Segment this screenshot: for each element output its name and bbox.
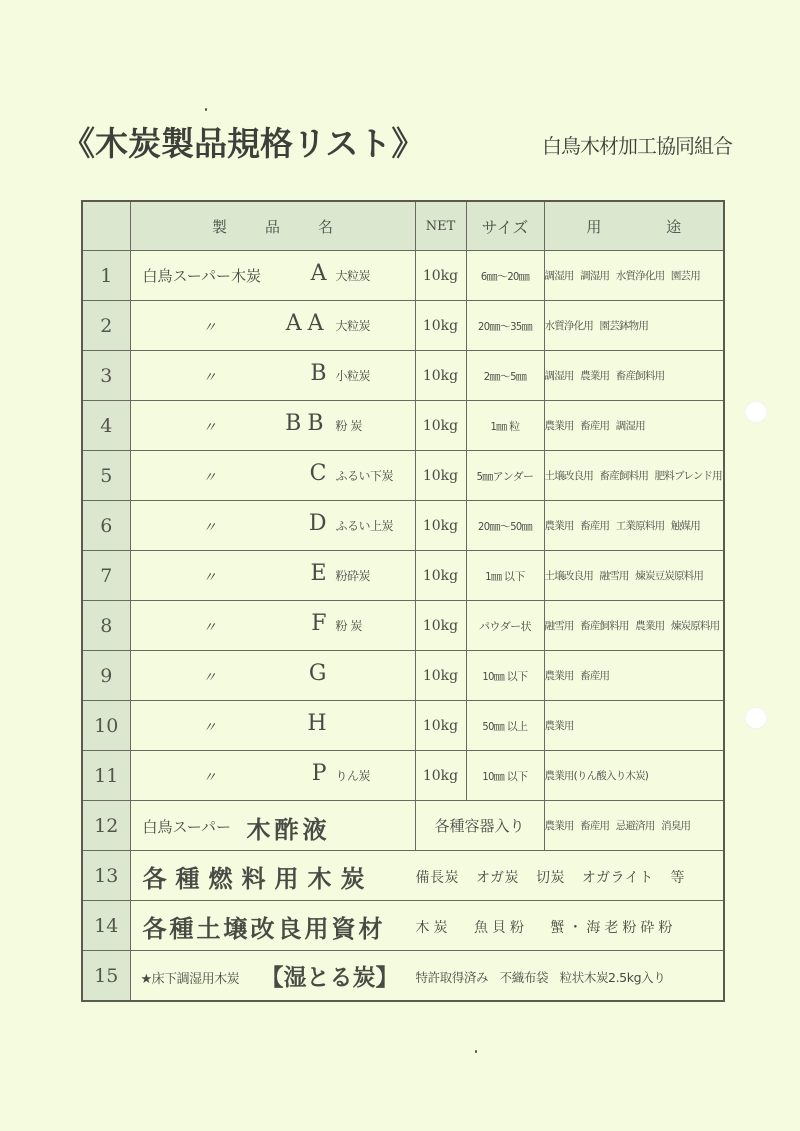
row-number: 8 [82,601,130,651]
table-row: 13 各種燃料用木炭 備長炭 オガ炭 切炭 オガライト 等 [82,851,724,901]
diagonal-corner-cell [82,201,130,251]
type-label: ふるい下炭 [336,467,394,484]
usage-value: 農業用 畜産用 [544,651,724,701]
product-spec-table: 製品名 NET サイズ 用 途 1 白鳥スーパー木炭 A 大粒炭 10kg 6㎜… [81,200,725,1002]
product-name-cell: 〃 E 粉砕炭 [130,551,415,601]
ditto-mark: 〃 [203,767,217,787]
type-label: ふるい上炭 [336,517,394,534]
product-description: 備長炭 オガ炭 切炭 オガライト 等 [416,867,686,887]
row-number: 14 [82,901,130,951]
row-number: 15 [82,951,130,1002]
usage-value: 調湿用 農業用 畜産飼料用 [544,351,724,401]
usage-value: 農業用 畜産用 忌避済用 消臭用 [544,801,724,851]
row-number: 11 [82,751,130,801]
ditto-mark: 〃 [203,467,217,487]
grade-label: B [310,361,329,386]
product-name-cell: 〃 BB 粉 炭 [130,401,415,451]
type-label: 粉 炭 [336,617,362,634]
row-number: 12 [82,801,130,851]
table-row: 6 〃 D ふるい上炭 10kg 20㎜〜50㎜ 農業用 畜産用 工業原料用 触… [82,501,724,551]
product-name-cell: 〃 F 粉 炭 [130,601,415,651]
table-row: 4 〃 BB 粉 炭 10kg 1㎜ 粒 農業用 畜産用 調湿用 [82,401,724,451]
document-title: 《木炭製品規格リスト》 [62,118,424,165]
product-name-cell: 〃 B 小粒炭 [130,351,415,401]
product-name-cell: 〃 H [130,701,415,751]
size-value: 1㎜ 粒 [466,401,544,451]
size-value: 20㎜〜50㎜ [466,501,544,551]
ditto-mark: 〃 [203,717,217,737]
grade-label: D [309,511,330,536]
grade-label: AA [286,311,330,336]
grade-label: E [310,561,329,586]
usage-value: 農業用 [544,701,724,751]
net-weight: 10kg [415,651,466,701]
size-value: 50㎜ 以上 [466,701,544,751]
usage-value: 土壌改良用 畜産飼料用 肥料ブレンド用 [544,451,724,501]
usage-value: 土壌改良用 融雪用 煉炭豆炭原料用 [544,551,724,601]
product-summary-cell: ★床下調湿用木炭 【湿とる炭】 特許取得済み 不織布袋 粒状木炭2.5kg入り [130,951,724,1002]
row-number: 4 [82,401,130,451]
table-row: 12 白鳥スーパー 木酢液 各種容器入り 農業用 畜産用 忌避済用 消臭用 [82,801,724,851]
table-header-row: 製品名 NET サイズ 用 途 [82,201,724,251]
net-weight: 10kg [415,301,466,351]
row-number: 1 [82,251,130,301]
net-weight: 10kg [415,601,466,651]
net-weight: 10kg [415,551,466,601]
size-value: 10㎜ 以下 [466,651,544,701]
ditto-mark: 〃 [203,317,217,337]
ditto-mark: 〃 [203,417,217,437]
row-number: 13 [82,851,130,901]
row-number: 2 [82,301,130,351]
punch-hole [745,401,767,423]
grade-label: F [311,611,329,636]
type-label: 小粒炭 [336,367,371,384]
net-weight: 10kg [415,451,466,501]
container-value: 各種容器入り [415,801,544,851]
ditto-mark: 〃 [203,667,217,687]
grade-label: H [307,711,329,736]
ditto-mark: 〃 [203,517,217,537]
table-row: 8 〃 F 粉 炭 10kg パウダー状 融雪用 畜産飼料用 農業用 煉炭原料用 [82,601,724,651]
ditto-mark: 〃 [203,617,217,637]
product-name-cell: 〃 P りん炭 [130,751,415,801]
series-name: 白鳥スーパー木炭 [143,265,262,286]
header-net: NET [415,201,466,251]
size-value: パウダー状 [466,601,544,651]
grade-label: A [311,261,330,286]
grade-label: BB [285,411,329,436]
product-description: 木炭 魚貝粉 蟹・海老粉砕粉 [416,917,677,937]
punch-hole [745,707,767,729]
product-label: ★床下調湿用木炭 [141,968,240,987]
table-row: 7 〃 E 粉砕炭 10kg 1㎜ 以下 土壌改良用 融雪用 煉炭豆炭原料用 [82,551,724,601]
grade-label: C [310,461,330,486]
series-name: 白鳥スーパー [143,816,232,837]
size-value: 6㎜〜20㎜ [466,251,544,301]
product-name: 木酢液 [247,810,331,845]
product-name-cell: 白鳥スーパー 木酢液 [130,801,415,851]
type-label: りん炭 [336,767,371,784]
table-row: 5 〃 C ふるい下炭 10kg 5㎜アンダー 土壌改良用 畜産飼料用 肥料ブレ… [82,451,724,501]
usage-value: 融雪用 畜産飼料用 農業用 煉炭原料用 [544,601,724,651]
dust-speck [205,108,207,111]
product-name-cell: 〃 AA 大粒炭 [130,301,415,351]
table-row: 14 各種土壌改良用資材 木炭 魚貝粉 蟹・海老粉砕粉 [82,901,724,951]
header-product-name: 製品名 [130,201,415,251]
table-row: 2 〃 AA 大粒炭 10kg 20㎜〜35㎜ 水質浄化用 園芸鉢物用 [82,301,724,351]
net-weight: 10kg [415,251,466,301]
table-row: 3 〃 B 小粒炭 10kg 2㎜〜5㎜ 調湿用 農業用 畜産飼料用 [82,351,724,401]
product-name-cell: 白鳥スーパー木炭 A 大粒炭 [130,251,415,301]
type-label: 大粒炭 [336,267,371,284]
header-usage: 用 途 [544,201,724,251]
product-description: 特許取得済み 不織布袋 粒状木炭2.5kg入り [416,968,666,986]
grade-label: P [312,761,330,786]
usage-value: 農業用(りん酸入り木炭) [544,751,724,801]
net-weight: 10kg [415,501,466,551]
product-name: 【湿とる炭】 [261,959,399,992]
row-number: 5 [82,451,130,501]
usage-value: 調湿用 調湿用 水質浄化用 園芸用 [544,251,724,301]
header-size: サイズ [466,201,544,251]
table-row: 9 〃 G 10kg 10㎜ 以下 農業用 畜産用 [82,651,724,701]
size-value: 20㎜〜35㎜ [466,301,544,351]
usage-value: 農業用 畜産用 調湿用 [544,401,724,451]
row-number: 7 [82,551,130,601]
type-label: 大粒炭 [336,317,371,334]
size-value: 10㎜ 以下 [466,751,544,801]
ditto-mark: 〃 [203,567,217,587]
product-name-cell: 〃 G [130,651,415,701]
usage-value: 水質浄化用 園芸鉢物用 [544,301,724,351]
type-label: 粉 炭 [336,417,362,434]
product-summary-cell: 各種土壌改良用資材 木炭 魚貝粉 蟹・海老粉砕粉 [130,901,724,951]
size-value: 1㎜ 以下 [466,551,544,601]
size-value: 2㎜〜5㎜ [466,351,544,401]
organization-name: 白鳥木材加工協同組合 [542,130,732,159]
row-number: 10 [82,701,130,751]
table-row: 15 ★床下調湿用木炭 【湿とる炭】 特許取得済み 不織布袋 粒状木炭2.5kg… [82,951,724,1002]
net-weight: 10kg [415,401,466,451]
row-number: 3 [82,351,130,401]
net-weight: 10kg [415,351,466,401]
net-weight: 10kg [415,751,466,801]
product-name-cell: 〃 D ふるい上炭 [130,501,415,551]
type-label: 粉砕炭 [336,567,371,584]
row-number: 9 [82,651,130,701]
product-name: 各種燃料用木炭 [143,859,374,894]
product-name: 各種土壌改良用資材 [143,909,386,944]
usage-value: 農業用 畜産用 工業原料用 触媒用 [544,501,724,551]
size-value: 5㎜アンダー [466,451,544,501]
dust-speck [475,1050,477,1053]
row-number: 6 [82,501,130,551]
table-row: 1 白鳥スーパー木炭 A 大粒炭 10kg 6㎜〜20㎜ 調湿用 調湿用 水質浄… [82,251,724,301]
grade-label: G [309,661,330,686]
product-name-cell: 〃 C ふるい下炭 [130,451,415,501]
net-weight: 10kg [415,701,466,751]
product-summary-cell: 各種燃料用木炭 備長炭 オガ炭 切炭 オガライト 等 [130,851,724,901]
table-row: 10 〃 H 10kg 50㎜ 以上 農業用 [82,701,724,751]
table-row: 11 〃 P りん炭 10kg 10㎜ 以下 農業用(りん酸入り木炭) [82,751,724,801]
ditto-mark: 〃 [203,367,217,387]
